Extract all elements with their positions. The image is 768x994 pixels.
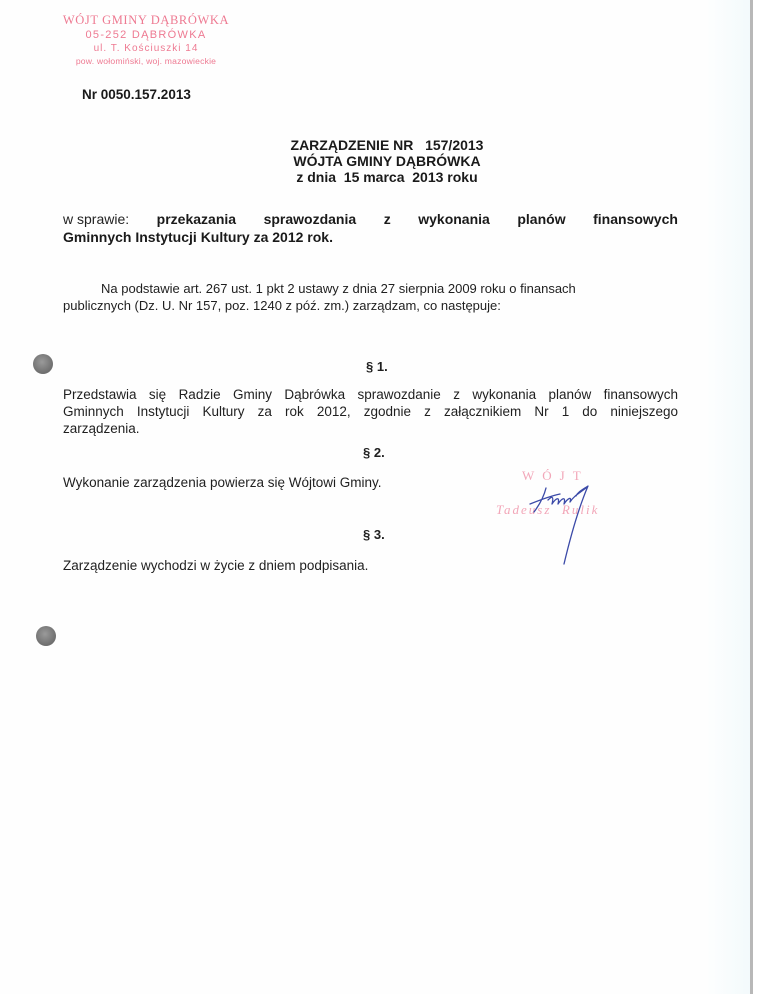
- subject-word: planów: [517, 210, 565, 228]
- section-1-line: PrzedstawiasięRadzieGminyDąbrówkasprawoz…: [63, 386, 678, 403]
- stamp-region: pow. wołomiński, woj. mazowieckie: [56, 57, 236, 66]
- reference-number: Nr 0050.157.2013: [82, 87, 191, 102]
- section-2-mark: § 2.: [363, 445, 385, 460]
- page-edge-shading: [708, 0, 750, 994]
- section-3-text: Zarządzenie wychodzi w życie z dniem pod…: [63, 557, 368, 574]
- legal-basis: Na podstawie art. 267 ust. 1 pkt 2 ustaw…: [63, 280, 678, 314]
- subject-line-2: Gminnych Instytucji Kultury za 2012 rok.: [63, 228, 678, 246]
- title-line-ordinance: ZARZĄDZENIE NR 157/2013: [200, 137, 574, 153]
- title-line-issuer: WÓJTA GMINY DĄBRÓWKA: [200, 153, 574, 169]
- subject-word: wykonania: [418, 210, 490, 228]
- legal-basis-line-2: publicznych (Dz. U. Nr 157, poz. 1240 z …: [63, 297, 678, 314]
- subject-word: z: [384, 210, 391, 228]
- handwritten-signature-icon: [478, 466, 678, 576]
- section-1-mark: § 1.: [366, 359, 388, 374]
- subject-label: w sprawie:: [63, 210, 129, 228]
- document-page: WÓJT GMINY DĄBRÓWKA 05-252 DĄBRÓWKA ul. …: [0, 0, 768, 994]
- subject-word: sprawozdania: [264, 210, 357, 228]
- document-title: ZARZĄDZENIE NR 157/2013 WÓJTA GMINY DĄBR…: [200, 137, 574, 185]
- punch-hole-icon: [33, 354, 53, 374]
- stamp-street: ul. T. Kościuszki 14: [56, 44, 236, 54]
- punch-hole-icon: [36, 626, 56, 646]
- legal-basis-line-1: Na podstawie art. 267 ust. 1 pkt 2 ustaw…: [63, 280, 678, 297]
- section-1-text: PrzedstawiasięRadzieGminyDąbrówkasprawoz…: [63, 386, 678, 437]
- stamp-postal-code: 05-252 DĄBRÓWKA: [56, 30, 236, 41]
- subject-block: w sprawie: przekazaniasprawozdaniazwykon…: [63, 210, 678, 246]
- subject-line-1: w sprawie: przekazaniasprawozdaniazwykon…: [63, 210, 678, 228]
- signature-stamp: WÓJT Tadeusz Rulik: [478, 466, 678, 576]
- section-2-text: Wykonanie zarządzenia powierza się Wójto…: [63, 474, 382, 491]
- section-1-line: GminnychInstytucjiKulturyzarok2012,zgodn…: [63, 403, 678, 420]
- subject-word: finansowych: [593, 210, 678, 228]
- stamp-office-name: WÓJT GMINY DĄBRÓWKA: [56, 14, 236, 27]
- title-line-date: z dnia 15 marca 2013 roku: [200, 169, 574, 185]
- subject-word: przekazania: [157, 210, 236, 228]
- section-1-line: zarządzenia.: [63, 420, 678, 437]
- page-margin-right: [753, 0, 768, 994]
- office-stamp: WÓJT GMINY DĄBRÓWKA 05-252 DĄBRÓWKA ul. …: [56, 14, 236, 65]
- section-3-mark: § 3.: [363, 527, 385, 542]
